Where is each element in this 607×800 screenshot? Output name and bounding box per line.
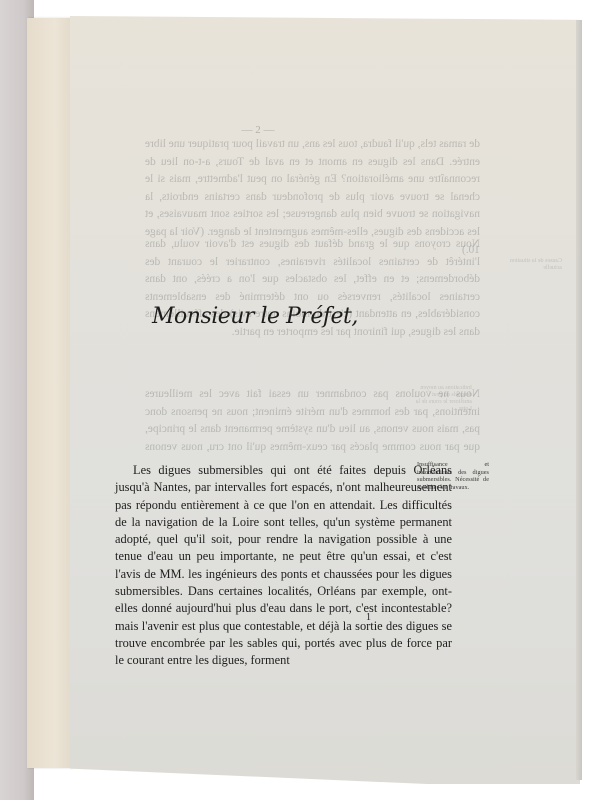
- show-through-margin-note-1: Causes de la situation actuelle: [500, 258, 562, 272]
- body-paragraph: Les digues submersibles qui ont été fait…: [115, 462, 452, 670]
- show-through-margin-note-2: Indications au moyen desquels on peut am…: [410, 385, 472, 413]
- main-paragraph: Les digues submersibles qui ont été fait…: [115, 462, 452, 670]
- folio-number: 1: [366, 612, 371, 623]
- show-through-page-number: — 2 —: [238, 124, 278, 136]
- margin-note: Insuffisance et inconvénients des digues…: [417, 461, 489, 491]
- folded-sheet-edge: [27, 18, 73, 768]
- salutation-heading: Monsieur le Préfet,: [152, 304, 358, 329]
- page-edge-shadow: [576, 20, 582, 780]
